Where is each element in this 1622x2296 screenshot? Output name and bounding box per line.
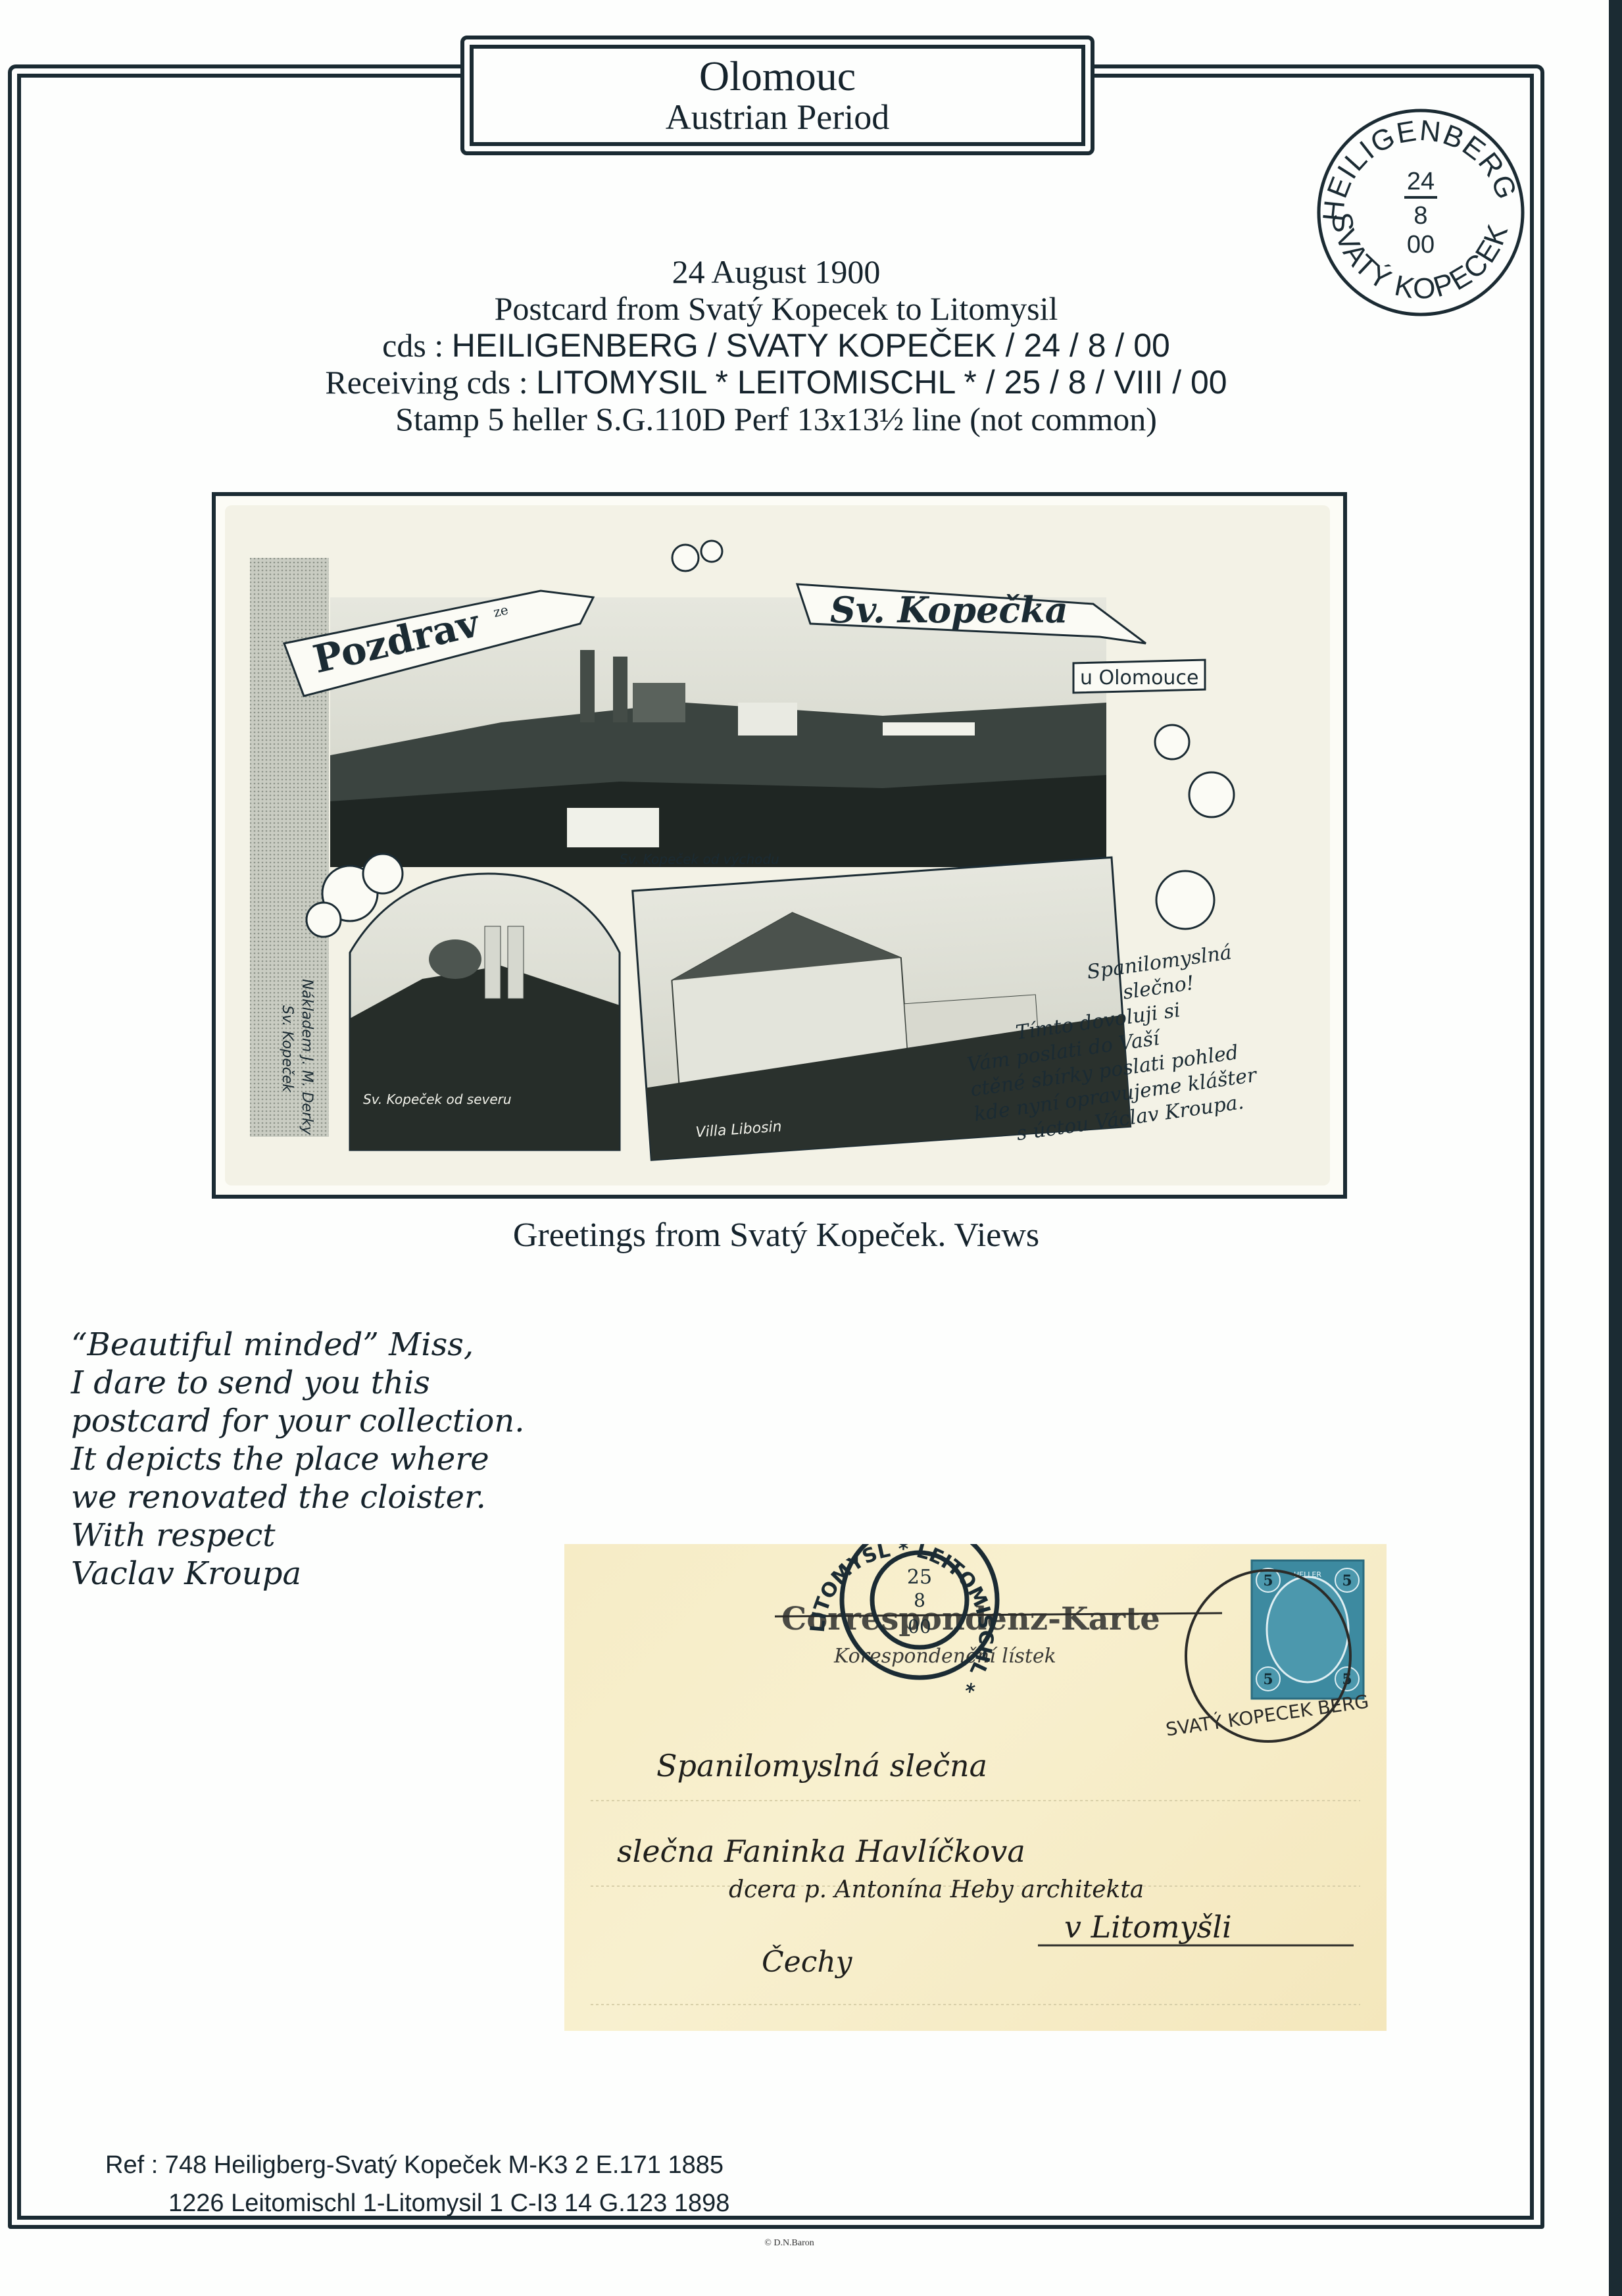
postmark-year: 00: [1407, 231, 1435, 259]
page-subtitle: Austrian Period: [666, 98, 889, 136]
address-line: Spanilomyslná slečna: [656, 1748, 987, 1784]
address-line: slečna Faninka Havlíčkova: [617, 1834, 1025, 1869]
banner-sv-kopecka: Sv. Kopečka: [830, 589, 1068, 631]
address-handwriting: Spanilomyslná slečna slečna Faninka Havl…: [564, 1544, 1387, 2031]
address-line: dcera p. Antonína Heby architekta: [729, 1876, 1144, 1903]
scan-edge-shadow: [1609, 0, 1622, 2296]
cds-value: HEILIGENBERG / SVATY KOPEČEK / 24 / 8 / …: [452, 327, 1170, 364]
postcard-back-image: Correspondenz-Karte Korespondenční líste…: [564, 1544, 1387, 2031]
cds-label: cds :: [382, 327, 452, 364]
title-box: Olomouc Austrian Period: [470, 45, 1085, 146]
description-cds: cds : HEILIGENBERG / SVATY KOPEČEK / 24 …: [197, 327, 1355, 364]
banner-u-olomouce: u Olomouce: [1080, 666, 1198, 689]
receiving-cds-value: LITOMYSIL * LEITOMISCHL * / 25 / 8 / VII…: [536, 364, 1227, 401]
view-left-caption: Sv. Kopeček od severu: [363, 1091, 512, 1107]
description-date: 24 August 1900: [197, 253, 1355, 290]
description-block: 24 August 1900 Postcard from Svatý Kopec…: [197, 253, 1355, 437]
postcard-front-image: Pozdrav ze Sv. Kopečka u Olomouce Sv. Ko…: [225, 505, 1330, 1185]
reference-line-1: Ref : 748 Heiligberg-Svatý Kopeček M-K3 …: [105, 2146, 729, 2184]
postmark-day: 24: [1407, 168, 1435, 195]
translation-line: It depicts the place where: [71, 1440, 610, 1478]
translation-line: postcard for your collection.: [71, 1402, 610, 1440]
translation-line: With respect: [71, 1516, 610, 1555]
publisher-line-2: Sv. Kopeček: [279, 1005, 295, 1093]
description-stamp: Stamp 5 heller S.G.110D Perf 13x13½ line…: [197, 401, 1355, 437]
address-line: v Litomyšli: [1064, 1909, 1232, 1945]
translation-line: I dare to send you this: [71, 1364, 610, 1402]
publisher-line-1: Nákladem J. M. Derky: [299, 979, 315, 1136]
page-title: Olomouc: [699, 55, 856, 98]
references: Ref : 748 Heiligberg-Svatý Kopeček M-K3 …: [105, 2146, 729, 2222]
translation-line: “Beautiful minded” Miss,: [71, 1326, 610, 1364]
translation-line: we renovated the cloister.: [71, 1478, 610, 1516]
view-top-caption: Sv. Kopeček od východu: [620, 851, 779, 867]
translation-line: Vaclav Kroupa: [71, 1555, 610, 1593]
receiving-cds-label: Receiving cds :: [325, 364, 536, 401]
description-route: Postcard from Svatý Kopecek to Litomysil: [197, 290, 1355, 327]
address-line: Čechy: [762, 1945, 852, 1979]
copyright: © D.N.Baron: [724, 2238, 855, 2249]
description-receiving-cds: Receiving cds : LITOMYSIL * LEITOMISCHL …: [197, 364, 1355, 401]
postmark-month: 8: [1413, 202, 1427, 230]
message-translation: “Beautiful minded” Miss, I dare to send …: [71, 1326, 610, 1593]
postcard-caption: Greetings from Svatý Kopeček. Views: [197, 1216, 1355, 1255]
reference-line-2: 1226 Leitomischl 1-Litomysil 1 C-I3 14 G…: [105, 2184, 729, 2222]
